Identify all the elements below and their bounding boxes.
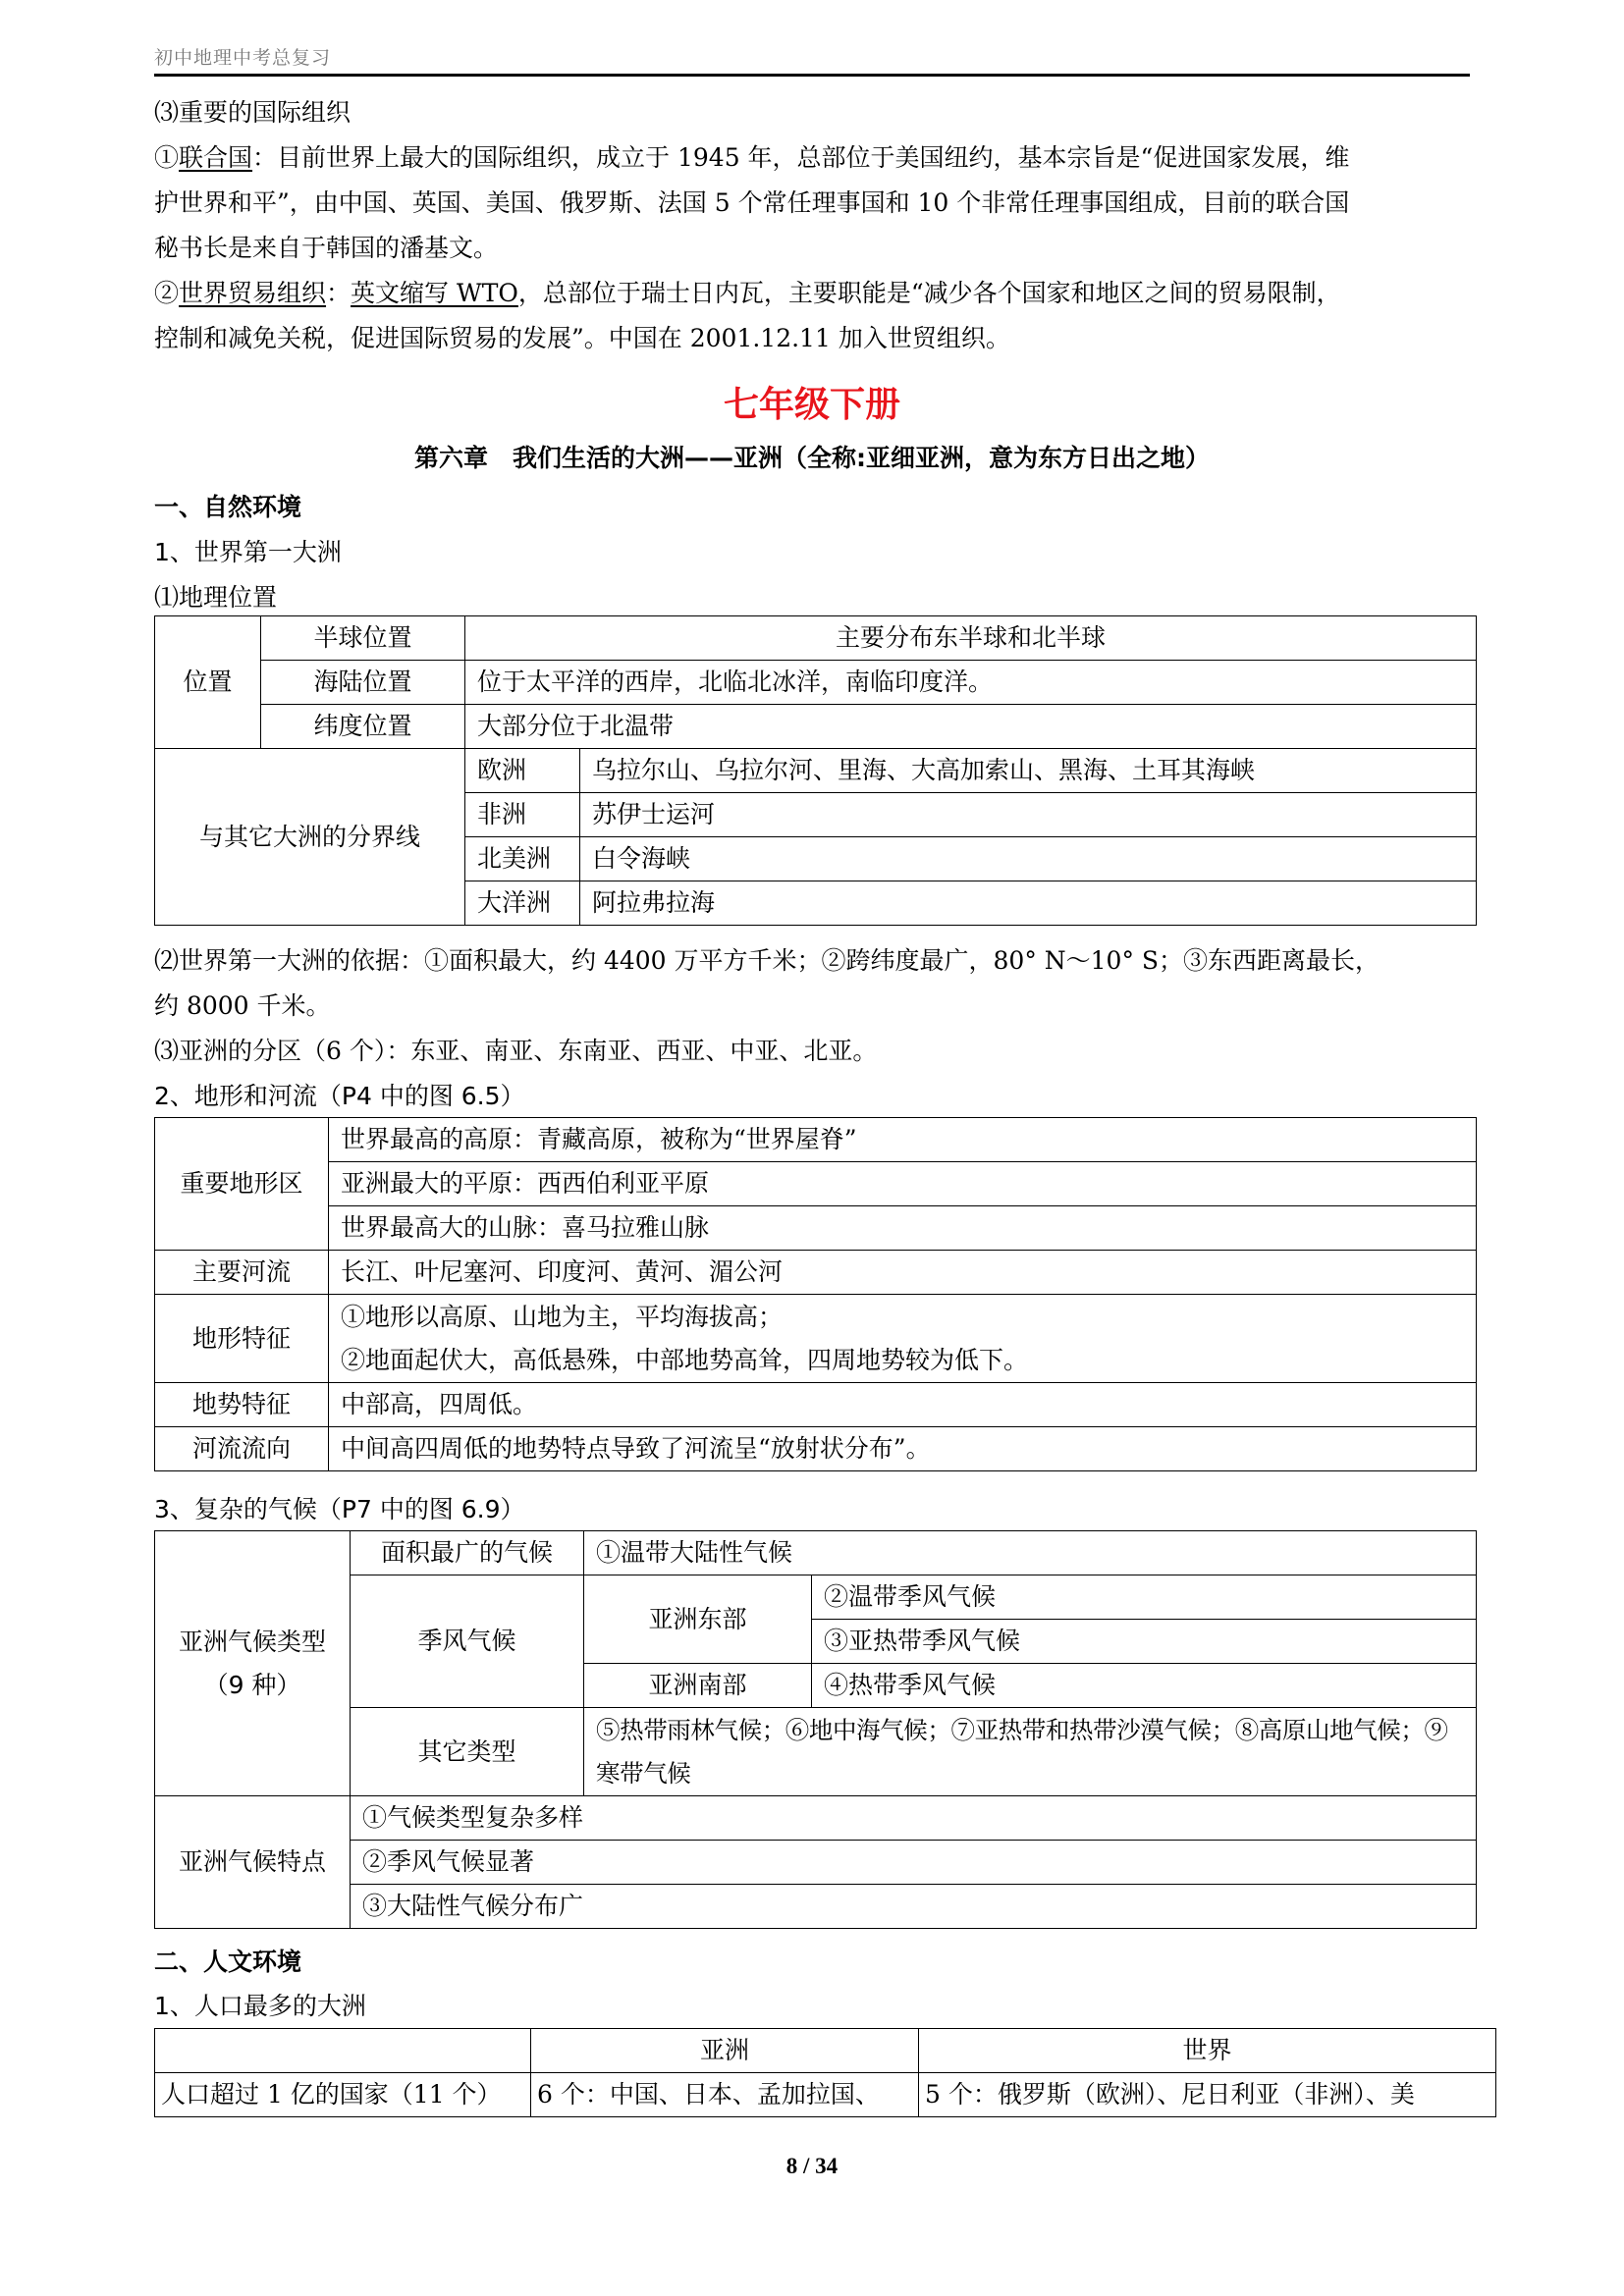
table-row: 与其它大洲的分界线 欧洲 乌拉尔山、乌拉尔河、里海、大高加索山、黑海、土耳其海峡: [155, 749, 1477, 793]
boundary-cell: 白令海峡: [580, 837, 1477, 881]
row-label: 纬度位置: [261, 705, 465, 749]
wto-line-1: ②世界贸易组织：英文缩写 WTO，总部位于瑞士日内瓦，主要职能是“减少各个国家和…: [154, 271, 1475, 316]
header-cell: [155, 2029, 531, 2073]
boundary-cell: 乌拉尔山、乌拉尔河、里海、大高加索山、黑海、土耳其海峡: [580, 749, 1477, 793]
location-table: 位置 半球位置 主要分布东半球和北半球 海陆位置 位于太平洋的西岸，北临北冰洋，…: [154, 615, 1477, 926]
table-row: 人口超过 1 亿的国家（11 个） 6 个：中国、日本、孟加拉国、 5 个：俄罗…: [155, 2073, 1496, 2117]
climate-types-label-1: 亚洲气候类型: [167, 1621, 338, 1664]
wto-line-2: 控制和减免关税，促进国际贸易的发展”。中国在 2001.12.11 加入世贸组织…: [154, 316, 1475, 361]
rivers-cell: 长江、叶尼塞河、印度河、黄河、湄公河: [329, 1251, 1477, 1295]
page-number: 8 / 34: [0, 2154, 1624, 2179]
location-group-label: 位置: [155, 616, 261, 749]
un-line-3: 秘书长是来自于韩国的潘基文。: [154, 226, 1475, 271]
south-climate: ④热带季风气候: [812, 1664, 1477, 1708]
table-row: 世界最高大的山脉：喜马拉雅山脉: [155, 1206, 1477, 1251]
table-row: 其它类型 ⑤热带雨林气候；⑥地中海气候；⑦亚热带和热带沙漠气候；⑧高原山地气候；…: [155, 1708, 1477, 1796]
sub1-heading: 1、世界第一大洲: [154, 530, 1475, 575]
landform-cell: 亚洲最大的平原：西西伯利亚平原: [329, 1162, 1477, 1206]
section2-heading: 二、人文环境: [154, 1940, 1475, 1985]
rivers-label: 主要河流: [155, 1251, 329, 1295]
terrain-feature-label: 地形特征: [155, 1295, 329, 1383]
table-row: 主要河流 长江、叶尼塞河、印度河、黄河、湄公河: [155, 1251, 1477, 1295]
climate-table: 亚洲气候类型 （9 种） 面积最广的气候 ①温带大陆性气候 季风气候 亚洲东部 …: [154, 1530, 1477, 1929]
row-value: 主要分布东半球和北半球: [465, 616, 1477, 661]
wto-sep: ：: [326, 279, 351, 307]
climate-features-label: 亚洲气候特点: [155, 1796, 351, 1929]
sub3-heading: 3、复杂的气候（P7 中的图 6.9）: [154, 1487, 1475, 1532]
table-row: 亚洲气候类型 （9 种） 面积最广的气候 ①温带大陆性气候: [155, 1531, 1477, 1575]
un-text-1: ：目前世界上最大的国际组织，成立于 1945 年，总部位于美国纽约，基本宗旨是“…: [252, 143, 1349, 172]
running-header: 初中地理中考总复习: [154, 43, 1470, 70]
terrain-feature-1: ①地形以高原、山地为主，平均海拔高；: [341, 1296, 1464, 1339]
east-climate-2: ③亚热带季风气候: [812, 1620, 1477, 1664]
largest-climate-value: ①温带大陆性气候: [584, 1531, 1477, 1575]
boundary-cell: 苏伊士运河: [580, 793, 1477, 837]
largest-basis-line-2: 约 8000 千米。: [154, 984, 1475, 1029]
section1-heading: 一、自然环境: [154, 485, 1475, 530]
east-asia-label: 亚洲东部: [584, 1575, 812, 1664]
population-table: 亚洲 世界 人口超过 1 亿的国家（11 个） 6 个：中国、日本、孟加拉国、 …: [154, 2028, 1496, 2117]
continent-cell: 非洲: [465, 793, 580, 837]
table-row: 地势特征 中部高，四周低。: [155, 1383, 1477, 1427]
continent-cell: 北美洲: [465, 837, 580, 881]
table-row: 海陆位置 位于太平洋的西岸，北临北冰洋，南临印度洋。: [155, 661, 1477, 705]
terrain-feature-2: ②地面起伏大，高低悬殊，中部地势高耸，四周地势较为低下。: [341, 1339, 1464, 1382]
row-label: 半球位置: [261, 616, 465, 661]
wto-marker: ②: [154, 279, 179, 307]
header-rule: [154, 74, 1470, 77]
table-row: 位置 半球位置 主要分布东半球和北半球: [155, 616, 1477, 661]
boundary-group-label: 与其它大洲的分界线: [155, 749, 465, 926]
un-name: 联合国: [179, 143, 252, 172]
continent-cell: 欧洲: [465, 749, 580, 793]
table-row: 亚洲气候特点 ①气候类型复杂多样: [155, 1796, 1477, 1841]
row-label: 海陆位置: [261, 661, 465, 705]
other-types-label: 其它类型: [351, 1708, 584, 1796]
climate-feature: ①气候类型复杂多样: [351, 1796, 1477, 1841]
table-row: 重要地形区 世界最高的高原：青藏高原，被称为“世界屋脊”: [155, 1118, 1477, 1162]
intl-orgs-heading: ⑶重要的国际组织: [154, 90, 1475, 135]
continent-cell: 大洋洲: [465, 881, 580, 926]
south-asia-label: 亚洲南部: [584, 1664, 812, 1708]
climate-types-label: 亚洲气候类型 （9 种）: [155, 1531, 351, 1796]
table-row: 河流流向 中间高四周低的地势特点导致了河流呈“放射状分布”。: [155, 1427, 1477, 1471]
wto-text-1: ，总部位于瑞士日内瓦，主要职能是“减少各个国家和地区之间的贸易限制，: [518, 279, 1341, 307]
header-cell: 世界: [919, 2029, 1496, 2073]
geo-position-heading: ⑴地理位置: [154, 575, 1475, 620]
climate-feature: ③大陆性气候分布广: [351, 1885, 1477, 1929]
boundary-cell: 阿拉弗拉海: [580, 881, 1477, 926]
landform-label: 重要地形区: [155, 1118, 329, 1251]
east-climate-1: ②温带季风气候: [812, 1575, 1477, 1620]
monsoon-label: 季风气候: [351, 1575, 584, 1708]
world-cell: 5 个：俄罗斯（欧洲）、尼日利亚（非洲）、美: [919, 2073, 1496, 2117]
row-value: 位于太平洋的西岸，北临北冰洋，南临印度洋。: [465, 661, 1477, 705]
un-marker: ①: [154, 143, 179, 172]
other-types-value: ⑤热带雨林气候；⑥地中海气候；⑦亚热带和热带沙漠气候；⑧高原山地气候；⑨寒带气候: [584, 1708, 1477, 1796]
regions-line: ⑶亚洲的分区（6 个）：东亚、南亚、东南亚、西亚、中亚、北亚。: [154, 1029, 1475, 1074]
relief-label: 地势特征: [155, 1383, 329, 1427]
climate-types-label-2: （9 种）: [167, 1664, 338, 1707]
chapter-title: 第六章 我们生活的大洲——亚洲（全称:亚细亚洲，意为东方日出之地）: [154, 439, 1470, 478]
table-header-row: 亚洲 世界: [155, 2029, 1496, 2073]
row-label: 人口超过 1 亿的国家（11 个）: [155, 2073, 531, 2117]
section2-sub1-heading: 1、人口最多的大洲: [154, 1984, 1475, 2029]
table-row: ②季风气候显著: [155, 1841, 1477, 1885]
wto-abbr: 英文缩写 WTO: [351, 279, 518, 307]
table-row: ③大陆性气候分布广: [155, 1885, 1477, 1929]
flow-cell: 中间高四周低的地势特点导致了河流呈“放射状分布”。: [329, 1427, 1477, 1471]
largest-basis-line-1: ⑵世界第一大洲的依据：①面积最大，约 4400 万平方千米；②跨纬度最广，80°…: [154, 938, 1475, 984]
un-line-2: 护世界和平”，由中国、英国、美国、俄罗斯、法国 5 个常任理事国和 10 个非常…: [154, 181, 1475, 226]
row-value: 大部分位于北温带: [465, 705, 1477, 749]
sub2-heading: 2、地形和河流（P4 中的图 6.5）: [154, 1074, 1475, 1119]
largest-climate-label: 面积最广的气候: [351, 1531, 584, 1575]
landform-cell: 世界最高的高原：青藏高原，被称为“世界屋脊”: [329, 1118, 1477, 1162]
table-row: 地形特征 ①地形以高原、山地为主，平均海拔高； ②地面起伏大，高低悬殊，中部地势…: [155, 1295, 1477, 1383]
table-row: 纬度位置 大部分位于北温带: [155, 705, 1477, 749]
wto-name: 世界贸易组织: [179, 279, 326, 307]
flow-label: 河流流向: [155, 1427, 329, 1471]
relief-cell: 中部高，四周低。: [329, 1383, 1477, 1427]
table-row: 季风气候 亚洲东部 ②温带季风气候: [155, 1575, 1477, 1620]
asia-cell: 6 个：中国、日本、孟加拉国、: [531, 2073, 919, 2117]
table-row: 亚洲最大的平原：西西伯利亚平原: [155, 1162, 1477, 1206]
landform-cell: 世界最高大的山脉：喜马拉雅山脉: [329, 1206, 1477, 1251]
main-title: 七年级下册: [154, 381, 1470, 430]
terrain-table: 重要地形区 世界最高的高原：青藏高原，被称为“世界屋脊” 亚洲最大的平原：西西伯…: [154, 1117, 1477, 1471]
climate-feature: ②季风气候显著: [351, 1841, 1477, 1885]
un-line-1: ①联合国：目前世界上最大的国际组织，成立于 1945 年，总部位于美国纽约，基本…: [154, 135, 1475, 181]
terrain-feature-cell: ①地形以高原、山地为主，平均海拔高； ②地面起伏大，高低悬殊，中部地势高耸，四周…: [329, 1295, 1477, 1383]
header-cell: 亚洲: [531, 2029, 919, 2073]
